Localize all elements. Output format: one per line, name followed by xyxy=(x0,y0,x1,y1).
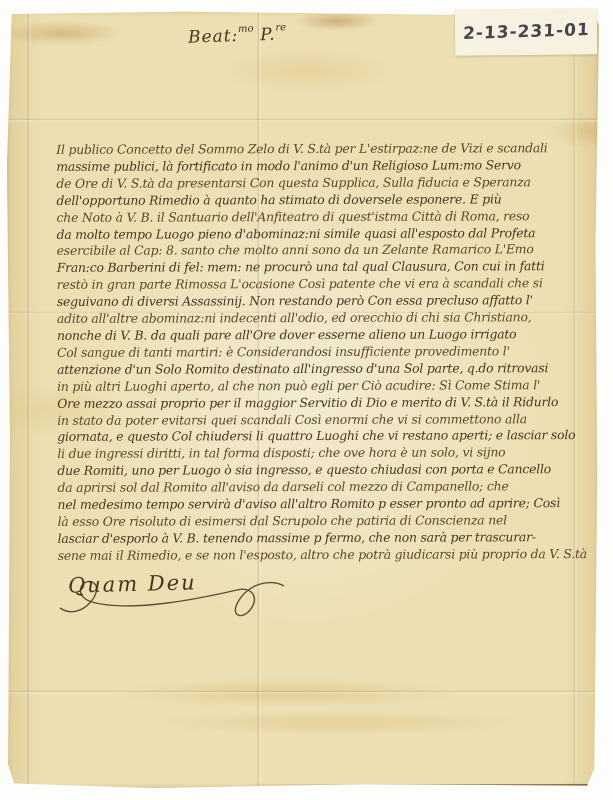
fold-crease-horizontal-top xyxy=(7,118,599,122)
letter-line: là esso Ore risoluto di esimersi dal Scr… xyxy=(58,512,568,531)
letter-line: restò in gran parte Rimossa L'ocasione C… xyxy=(57,275,567,294)
fold-crease-horizontal-bottom xyxy=(7,690,599,694)
salutation-line: Beat:mo P.re xyxy=(188,22,287,47)
letter-line: Ore mezzo assai proprio per il maggior S… xyxy=(57,394,567,413)
letter-line: dell'opportuno Rimedio à quanto ha stima… xyxy=(56,191,566,210)
letter-line: esercibile al Cap: 8. santo che molto an… xyxy=(57,242,567,261)
salutation-title-superscript: re xyxy=(275,22,286,33)
fold-crease-vertical-left xyxy=(27,11,31,788)
letter-line: attenzione d'un Solo Romito destinato al… xyxy=(57,360,567,379)
fold-crease-vertical-right xyxy=(573,11,577,788)
letter-line: adito all'altre abominaz:ni indecenti al… xyxy=(57,309,567,328)
paper-deckle-edge xyxy=(244,784,593,787)
letter-line: Col sangue di tanti martiri: è Considera… xyxy=(57,343,567,362)
letter-line: da molto tempo Luogo pieno d'abominaz:ni… xyxy=(57,225,567,244)
letter-line: de Ore di V. S.tà da presentarsi Con que… xyxy=(56,174,566,193)
archival-number: 2-13-231-01 xyxy=(462,20,590,44)
letter-line: due Romiti, uno per Luogo ò sia ingresso… xyxy=(57,461,567,480)
letter-line: nonche di V. B. da quali pare all'Ore do… xyxy=(57,326,567,345)
letter-body: Il publico Concetto del Sommo Zelo di V.… xyxy=(56,140,567,564)
letter-line: da aprirsi sol dal Romito all'aviso da d… xyxy=(57,478,567,497)
letter-line: che Noto à V. B. il Santuario dell'Anfit… xyxy=(56,208,566,227)
letter-line: giornata, e questo Col chiudersi li quat… xyxy=(57,428,567,447)
archival-label: 2-13-231-01 xyxy=(455,8,597,55)
letter-line: in stato da poter evitarsi quei scandali… xyxy=(57,411,567,430)
salutation-superscript: mo xyxy=(238,23,254,35)
letter-line: in più altri Luoghi aperto, al che non p… xyxy=(57,377,567,396)
salutation-title: P. xyxy=(253,25,275,46)
signature: Quam Deu xyxy=(68,570,197,597)
letter-line: sene mai il Rimedio, e se non l'esposto,… xyxy=(58,546,568,565)
document-scan: 2-13-231-01 Beat:mo P.re Il publico Conc… xyxy=(0,0,613,800)
letter-line: nel medesimo tempo servirà d'aviso all'a… xyxy=(58,495,568,514)
salutation-text: Beat: xyxy=(188,26,239,48)
letter-line: li due ingressi diritti, in tal forma di… xyxy=(57,444,567,463)
letter-line: seguivano di diversi Assassinij. Non res… xyxy=(57,292,567,311)
letter-line: Fran:co Barberini di fel: mem: ne procur… xyxy=(57,258,567,277)
letter-line: massime publici, là fortificato in modo … xyxy=(56,157,566,176)
letter-line: Il publico Concetto del Sommo Zelo di V.… xyxy=(56,140,566,159)
letter-line: lasciar d'esporlo à V. B. tenendo massim… xyxy=(58,529,568,548)
